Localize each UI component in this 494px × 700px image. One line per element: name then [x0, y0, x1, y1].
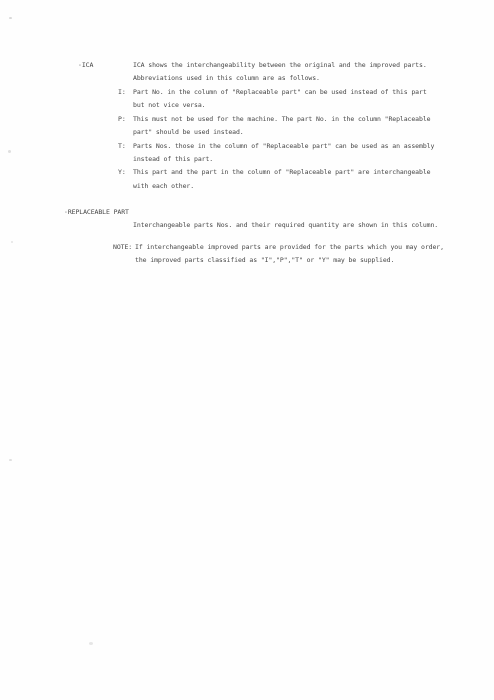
item-text-continuation: instead of this part. — [133, 155, 213, 163]
item-text: Part No. in the column of "Replaceable p… — [133, 88, 427, 96]
section-label-ica: ·ICA — [78, 61, 93, 69]
replaceable-part-description: Interchangeable parts Nos. and their req… — [133, 221, 438, 229]
item-marker-i: I: — [118, 88, 126, 96]
item-marker-t: T: — [118, 142, 126, 150]
note-text: If interchangeable improved parts are pr… — [135, 243, 444, 251]
scan-speck — [11, 241, 13, 243]
section-label-replaceable-part: ·REPLACEABLE PART — [64, 208, 129, 216]
scan-speck — [89, 642, 93, 645]
ica-description-line: Abbreviations used in this column are as… — [133, 74, 320, 82]
item-text-continuation: with each other. — [133, 182, 194, 190]
item-text: This must not be used for the machine. T… — [133, 115, 430, 123]
scan-speck — [9, 459, 12, 461]
item-text: Parts Nos. those in the column of "Repla… — [133, 142, 434, 150]
scanned-document-page: ·ICA ICA shows the interchangeability be… — [0, 0, 494, 700]
note-marker: NOTE: — [113, 243, 132, 251]
item-text: This part and the part in the column of … — [133, 168, 430, 176]
ica-description-line: ICA shows the interchangeability between… — [133, 61, 427, 69]
item-marker-p: P: — [118, 115, 126, 123]
scan-speck — [9, 17, 12, 19]
scan-speck — [8, 150, 11, 153]
item-text-continuation: but not vice versa. — [133, 101, 205, 109]
item-marker-y: Y: — [118, 168, 126, 176]
item-text-continuation: part" should be used instead. — [133, 128, 244, 136]
note-text-continuation: the improved parts classified as "I","P"… — [135, 256, 394, 264]
